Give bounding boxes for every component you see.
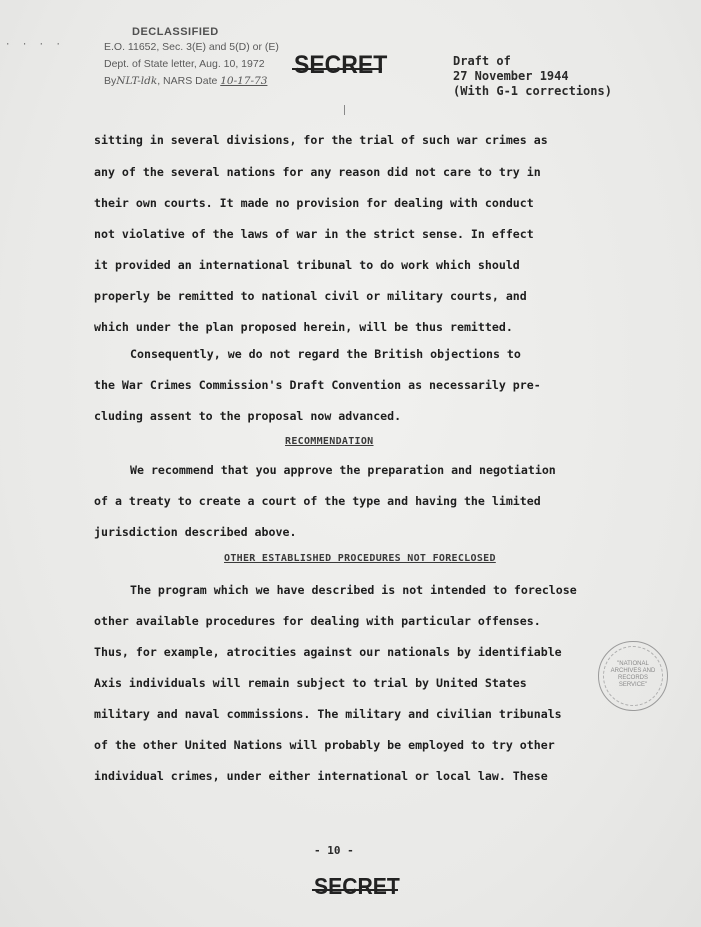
text-line: jurisdiction described above.: [94, 525, 296, 539]
text-line: any of the several nations for any reaso…: [94, 165, 541, 179]
text-line: sitting in several divisions, for the tr…: [94, 133, 548, 147]
draft-note-corrections: (With G-1 corrections): [453, 84, 612, 99]
heading-recommendation: RECOMMENDATION: [285, 436, 374, 447]
stamp-signature: NLT-ldk: [116, 75, 157, 87]
seal-ring: [603, 646, 663, 706]
text-line: it provided an international tribunal to…: [94, 258, 520, 272]
archive-seal-stamp: "NATIONAL ARCHIVES AND RECORDS SERVICE": [598, 641, 668, 711]
text-line: individual crimes, under either internat…: [94, 769, 548, 783]
stamp-by-line: ByNLT-ldk, NARS Date 10-17-73: [104, 73, 279, 90]
text-line: their own courts. It made no provision f…: [94, 196, 534, 210]
page-number: - 10 -: [314, 844, 354, 857]
text-line: Thus, for example, atrocities against ou…: [94, 645, 562, 659]
draft-note-line1: Draft of: [453, 54, 612, 69]
text-line: not violative of the laws of war in the …: [94, 227, 534, 241]
stamp-nars-label: , NARS Date: [157, 75, 217, 87]
text-line: the War Crimes Commission's Draft Conven…: [94, 378, 541, 392]
text-line: The program which we have described is n…: [130, 583, 577, 597]
text-line: of the other United Nations will probabl…: [94, 738, 555, 752]
scan-specks: · · · ·: [5, 40, 64, 50]
declassification-stamp: DECLASSIFIED E.O. 11652, Sec. 3(E) and 5…: [104, 26, 279, 90]
text-line: of a treaty to create a court of the typ…: [94, 494, 541, 508]
draft-note-date: 27 November 1944: [453, 69, 612, 84]
text-line: Consequently, we do not regard the Briti…: [130, 347, 521, 361]
stamp-date: 10-17-73: [220, 75, 267, 87]
secret-label-bottom: SECRET: [314, 873, 400, 899]
text-line: properly be remitted to national civil o…: [94, 289, 527, 303]
document-page: · · · · DECLASSIFIED E.O. 11652, Sec. 3(…: [0, 0, 701, 927]
strikethrough-bottom: [312, 889, 398, 891]
text-line: other available procedures for dealing w…: [94, 614, 541, 628]
text-line: We recommend that you approve the prepar…: [130, 463, 556, 477]
stamp-by-label: By: [104, 75, 116, 87]
draft-note: Draft of 27 November 1944 (With G-1 corr…: [453, 54, 612, 99]
classification-marking-bottom: SECRET: [314, 873, 400, 900]
text-line: which under the plan proposed herein, wi…: [94, 320, 513, 334]
declassified-title: DECLASSIFIED: [132, 26, 279, 39]
pen-mark: [344, 105, 345, 115]
text-line: military and naval commissions. The mili…: [94, 707, 562, 721]
text-line: cluding assent to the proposal now advan…: [94, 409, 401, 423]
text-line: Axis individuals will remain subject to …: [94, 676, 527, 690]
secret-label-top: SECRET: [294, 51, 387, 79]
heading-other-procedures: OTHER ESTABLISHED PROCEDURES NOT FORECLO…: [224, 553, 496, 564]
classification-marking-top: SECRET: [294, 51, 387, 80]
strikethrough-top: [292, 68, 382, 70]
stamp-dept-line: Dept. of State letter, Aug. 10, 1972: [104, 56, 279, 73]
stamp-eo-line: E.O. 11652, Sec. 3(E) and 5(D) or (E): [104, 39, 279, 56]
